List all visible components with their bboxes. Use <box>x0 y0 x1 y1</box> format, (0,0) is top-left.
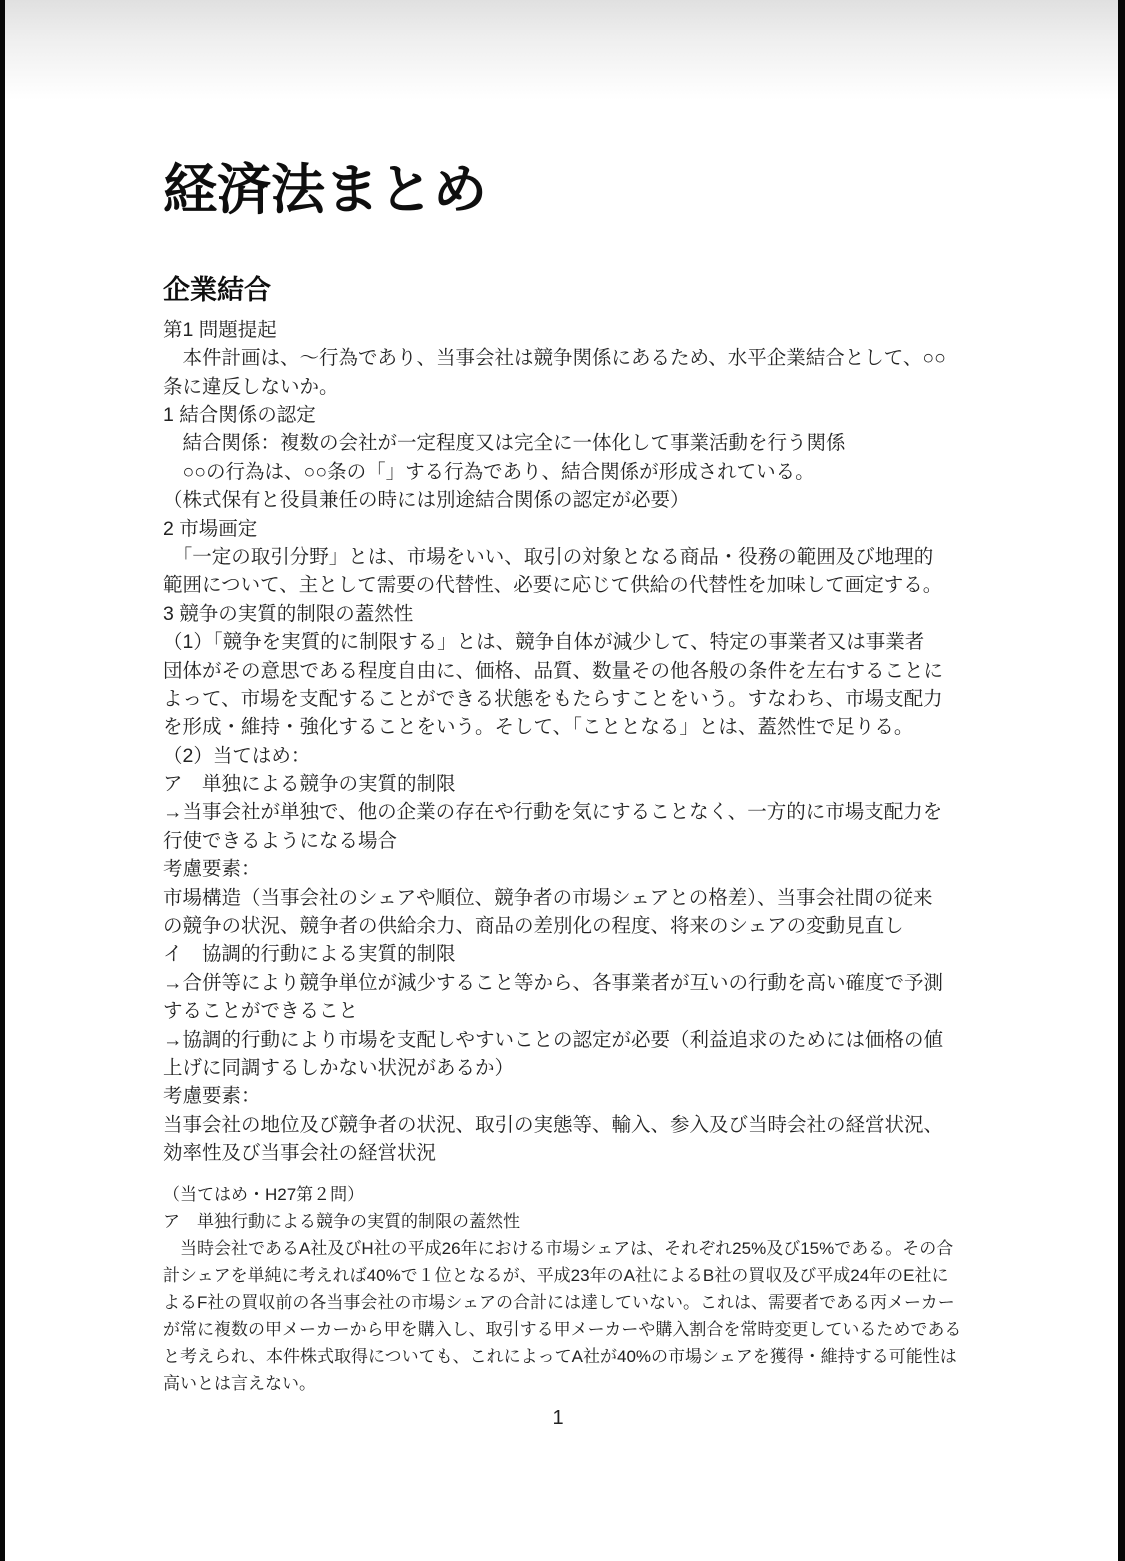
right-edge-bar <box>1118 0 1125 1561</box>
text-line: ア 単独行動による競争の実質的制限の蓋然性 <box>163 1208 975 1235</box>
left-edge-bar <box>0 0 5 1561</box>
text-line: 当事会社の地位及び競争者の状況、取引の実態等、輸入、参入及び当時会社の経営状況、 <box>163 1111 975 1139</box>
text-line: 2 市場画定 <box>163 515 975 543</box>
section-heading: 企業結合 <box>163 275 975 306</box>
text-line: ア 単独による競争の実質的制限 <box>163 770 975 798</box>
text-line: が常に複数の甲メーカーから甲を購入し、取引する甲メーカーや購入割合を常時変更して… <box>163 1316 975 1343</box>
text-line: よって、市場を支配することができる状態をもたらすことをいう。すなわち、市場支配力 <box>163 685 975 713</box>
text-line: することができること <box>163 997 975 1025</box>
text-line: →協調的行動により市場を支配しやすいことの認定が必要（利益追求のためには価格の値 <box>163 1026 975 1054</box>
document-title: 経済法まとめ <box>163 0 975 223</box>
document-page: 経済法まとめ 企業結合 第1 問題提起 本件計画は、〜行為であり、当事会社は競争… <box>0 0 1125 1561</box>
text-line: を形成・維持・強化することをいう。そして、「こととなる」とは、蓋然性で足りる。 <box>163 713 975 741</box>
text-line: と考えられ、本件株式取得についても、これによってA社が40%の市場シェアを獲得・… <box>163 1343 975 1370</box>
text-line: 市場構造（当事会社のシェアや順位、競争者の市場シェアとの格差）、当事会社間の従来 <box>163 884 975 912</box>
appendix-text: （当てはめ・H27第２問）ア 単独行動による競争の実質的制限の蓋然性 当時会社で… <box>163 1181 975 1397</box>
text-line: 計シェアを単純に考えれば40%で１位となるが、平成23年のA社によるB社の買収及… <box>163 1262 975 1289</box>
text-line: 「一定の取引分野」とは、市場をいい、取引の対象となる商品・役務の範囲及び地理的 <box>163 543 975 571</box>
text-line: 考慮要素： <box>163 855 975 883</box>
text-line: 本件計画は、〜行為であり、当事会社は競争関係にあるため、水平企業結合として、○○ <box>163 344 975 372</box>
text-line: 行使できるようになる場合 <box>163 827 975 855</box>
text-line: 当時会社であるA社及びH社の平成26年における市場シェアは、それぞれ25%及び1… <box>163 1235 975 1262</box>
text-line: 結合関係：複数の会社が一定程度又は完全に一体化して事業活動を行う関係 <box>163 429 975 457</box>
text-line: ○○の行為は、○○条の「」する行為であり、結合関係が形成されている。 <box>163 458 975 486</box>
text-line: 範囲について、主として需要の代替性、必要に応じて供給の代替性を加味して画定する。 <box>163 571 975 599</box>
text-line: 上げに同調するしかない状況があるか） <box>163 1054 975 1082</box>
text-line: イ 協調的行動による実質的制限 <box>163 940 975 968</box>
text-line: 第1 問題提起 <box>163 316 975 344</box>
text-line: 考慮要素： <box>163 1082 975 1110</box>
text-line: 高いとは言えない。 <box>163 1370 975 1397</box>
text-line: （株式保有と役員兼任の時には別途結合関係の認定が必要） <box>163 486 975 514</box>
text-line: 団体がその意思である程度自由に、価格、品質、数量その他各般の条件を左右することに <box>163 657 975 685</box>
text-line: （2）当てはめ： <box>163 742 975 770</box>
text-line: 1 結合関係の認定 <box>163 401 975 429</box>
text-line: よるF社の買収前の各当事会社の市場シェアの合計には達していない。これは、需要者で… <box>163 1289 975 1316</box>
text-line: （1）「競争を実質的に制限する」とは、競争自体が減少して、特定の事業者又は事業者 <box>163 628 975 656</box>
text-line: →合併等により競争単位が減少すること等から、各事業者が互いの行動を高い確度で予測 <box>163 969 975 997</box>
text-line: →当事会社が単独で、他の企業の存在や行動を気にすることなく、一方的に市場支配力を <box>163 798 975 826</box>
body-text: 第1 問題提起 本件計画は、〜行為であり、当事会社は競争関係にあるため、水平企業… <box>163 316 975 1168</box>
text-line: 3 競争の実質的制限の蓋然性 <box>163 600 975 628</box>
page-content: 経済法まとめ 企業結合 第1 問題提起 本件計画は、〜行為であり、当事会社は競争… <box>163 0 975 1430</box>
text-line: （当てはめ・H27第２問） <box>163 1181 975 1208</box>
text-line: の競争の状況、競争者の供給余力、商品の差別化の程度、将来のシェアの変動見直し <box>163 912 975 940</box>
text-line: 効率性及び当事会社の経営状況 <box>163 1139 975 1167</box>
text-line: 条に違反しないか。 <box>163 373 975 401</box>
page-number: 1 <box>163 1407 953 1430</box>
